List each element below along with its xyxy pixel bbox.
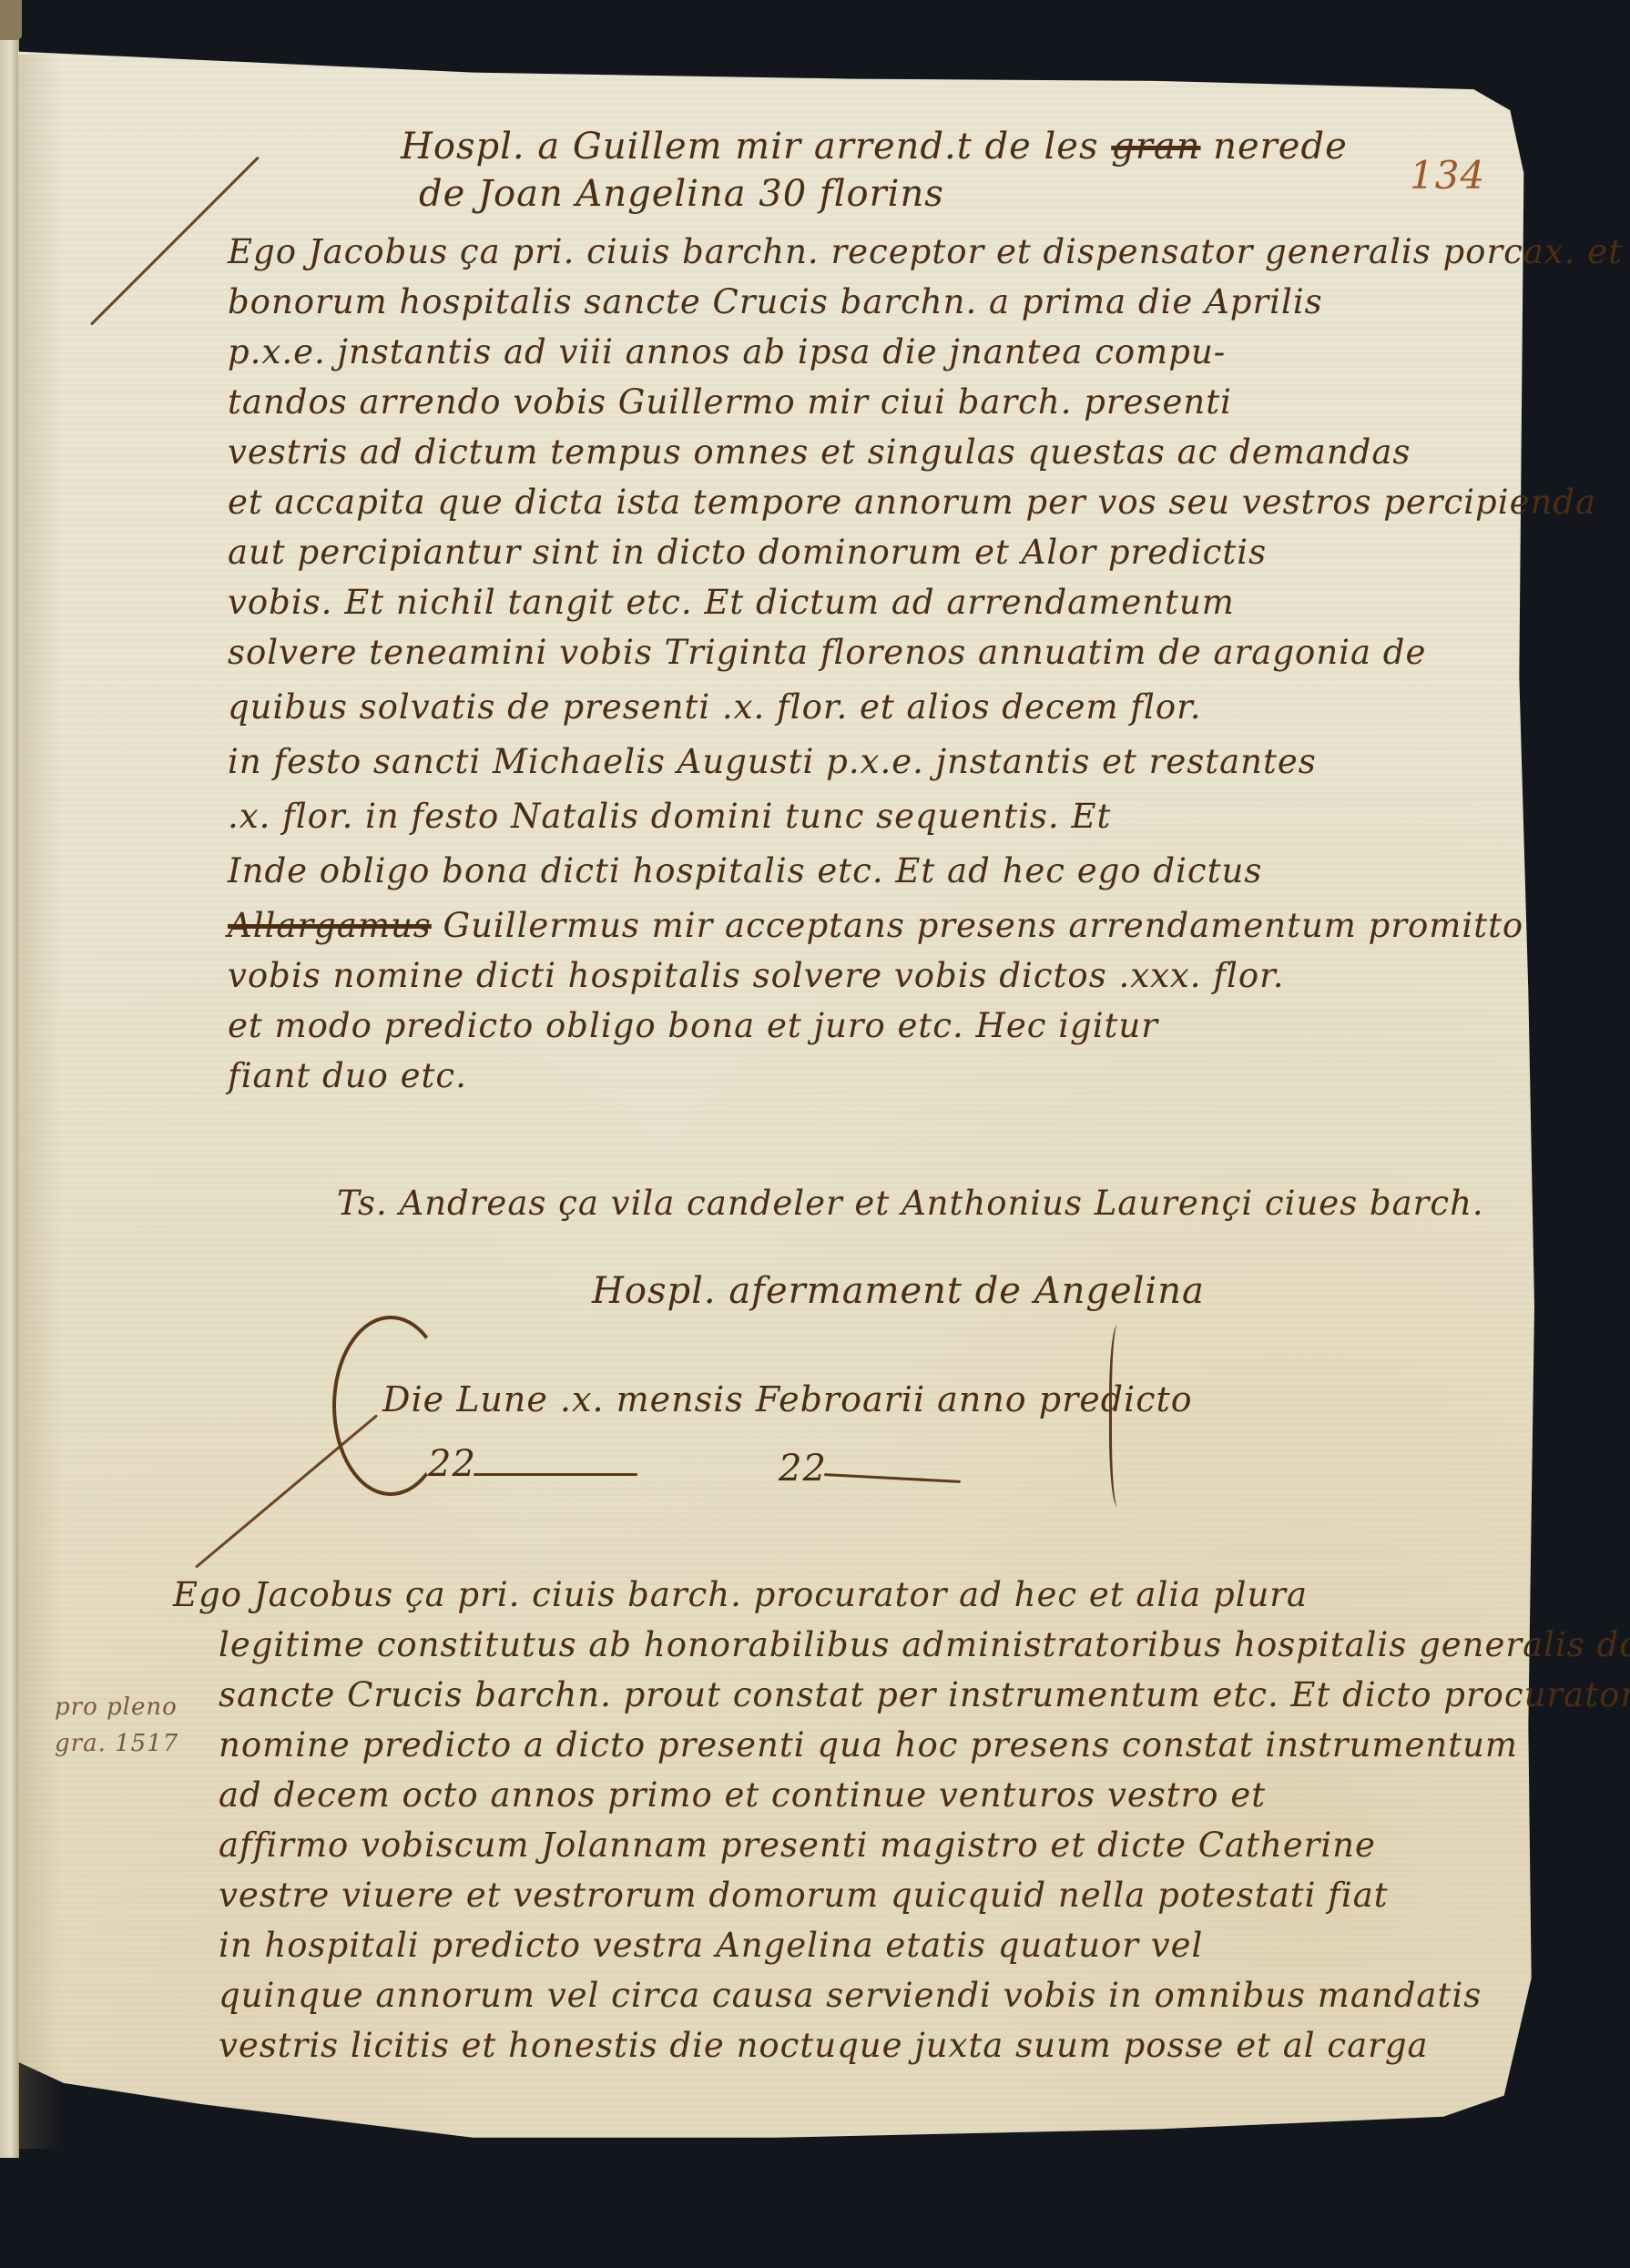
heading-text-cont: nerede [1213,126,1348,168]
entry1-line: quibus solvatis de presenti .x. flor. et… [228,687,1202,727]
entry2-line: sancte Crucis barchn. prout constat per … [219,1675,1630,1714]
entry1-line: tandos arrendo vobis Guillermo mir ciui … [228,382,1232,422]
entry2-line: quinque annorum vel circa causa serviend… [219,1976,1482,2015]
date-underline-1 [474,1473,637,1476]
date-number-2: 22 [779,1448,827,1490]
entry1-line: Allargamus Guillermus mir acceptans pres… [228,906,1523,945]
folio-number: 134 [1410,153,1485,198]
decorative-brace [1109,1325,1130,1507]
struck-word: gran [1111,126,1200,168]
entry1-line: vobis nomine dicti hospitalis solvere vo… [228,956,1285,995]
entry1-line: fiant duo etc. [228,1056,467,1095]
entry1-line: et accapita que dicta ista tempore annor… [228,483,1596,522]
entry1-line: vestris ad dictum tempus omnes et singul… [228,432,1411,472]
entry1-line: bonorum hospitalis sancte Crucis barchn.… [228,282,1323,321]
entry2-line: in hospitali predicto vestra Angelina et… [219,1926,1203,1965]
margin-note-line: pro pleno [55,1693,178,1721]
date-number-1: 22 [428,1443,476,1485]
entry1-line: solvere teneamini vobis Triginta floreno… [228,633,1426,672]
entry2-line: vestris licitis et honestis die noctuque… [219,2026,1429,2065]
entry2-date-line: Die Lune .x. mensis Febroarii anno predi… [382,1379,1193,1419]
line-text: Guillermus mir acceptans presens arrenda… [443,906,1524,945]
struck-word: Allargamus [228,906,432,945]
entry1-line: .x. flor. in festo Natalis domini tunc s… [228,797,1111,836]
gutter-shadow [18,55,62,2149]
entry1-heading-line-1: Hospl. a Guillem mir arrend.t de les gra… [401,126,1348,168]
entry1-line: in festo sancti Michaelis Augusti p.x.e.… [228,742,1317,781]
entry1-heading-line-2: de Joan Angelina 30 florins [419,173,944,215]
margin-note-line: gra. 1517 [55,1730,178,1757]
binding-tab [0,0,22,40]
witnesses-line: Ts. Andreas ça vila candeler et Anthoniu… [337,1184,1484,1223]
entry2-line: affirmo vobiscum Jolannam presenti magis… [219,1826,1376,1865]
entry1-line: Ego Jacobus ça pri. ciuis barchn. recept… [228,232,1623,271]
entry2-line: ad decem octo annos primo et continue ve… [219,1775,1266,1815]
entry1-line: vobis. Et nichil tangit etc. Et dictum a… [228,583,1235,622]
binding-edge [0,36,19,2158]
entry2-line: Ego Jacobus ça pri. ciuis barch. procura… [173,1575,1308,1614]
entry2-line: vestre viuere et vestrorum domorum quicq… [219,1876,1389,1915]
entry2-heading: Hospl. afermament de Angelina [592,1270,1205,1312]
entry1-line: et modo predicto obligo bona et juro etc… [228,1006,1158,1045]
entry1-line: p.x.e. jnstantis ad viii annos ab ipsa d… [228,332,1226,371]
entry1-line: Inde obligo bona dicti hospitalis etc. E… [228,851,1262,890]
entry2-line: legitime constitutus ab honorabilibus ad… [219,1625,1630,1664]
entry1-line: aut percipiantur sint in dicto dominorum… [228,533,1267,572]
heading-text: Hospl. a Guillem mir arrend.t de les [401,126,1098,168]
entry2-line: nomine predicto a dicto presenti qua hoc… [219,1725,1518,1765]
